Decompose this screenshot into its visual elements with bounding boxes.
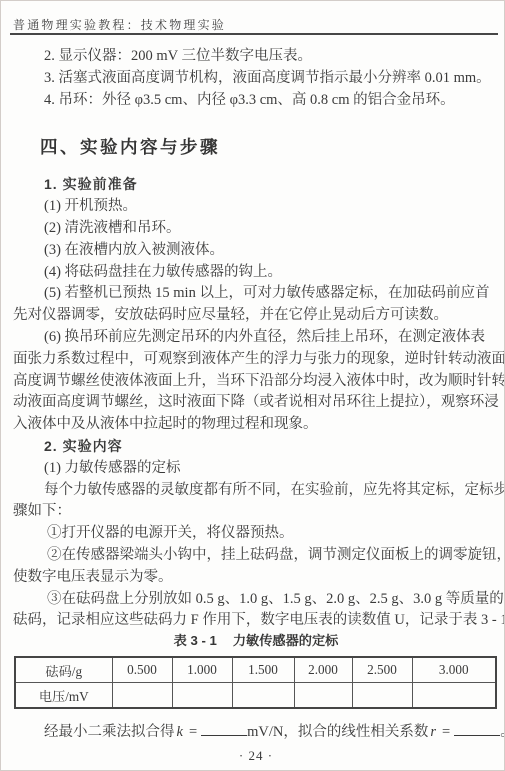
fit-text-end: 。 — [500, 724, 505, 740]
book-page: 普通物理实验教程：技术物理实验 2. 显示仪器：200 mV 三位半数字电压表。… — [0, 0, 505, 771]
section-heading: 四、实验内容与步骤 — [13, 135, 499, 160]
voltage-empty-cell — [112, 683, 172, 709]
subsection-heading-content: 2. 实验内容 — [13, 436, 499, 458]
calibration-intro-line-1: 每个力敏传感器的灵敏度都有所不同，在实验前，应先将其定标，定标步 — [13, 480, 499, 502]
table-caption-text: 力敏传感器的定标 — [233, 633, 339, 648]
fit-result-line: 经最小二乘法拟合得k=mV/N，拟合的线性相关系数r=。 — [13, 721, 499, 743]
calibration-step-2-line-1: ②在传感器梁端头小钩中，挂上砝码盘，调节测定仪面板上的调零旋钮， — [13, 545, 499, 567]
mass-value-cell: 0.500 — [112, 657, 172, 683]
prep-step-2: (2) 清洗液槽和吊环。 — [13, 218, 499, 240]
prep-step-4: (4) 将砝码盘挂在力敏传感器的钩上。 — [13, 262, 499, 284]
prep-step-6-line-5: 入液体中及从液体中拉起时的物理过程和现象。 — [13, 414, 499, 436]
prep-step-6-line-1: (6) 换吊环前应先测定吊环的内外直径，然后挂上吊环，在测定液体表 — [13, 327, 499, 349]
body-column: 2. 显示仪器：200 mV 三位半数字电压表。 3. 活塞式液面高度调节机构，… — [13, 46, 499, 764]
row-header-voltage: 电压/mV — [15, 683, 112, 709]
variable-k: k — [175, 724, 185, 740]
fill-in-blank-k — [201, 722, 247, 736]
fill-in-blank-r — [454, 722, 500, 736]
table-caption: 表 3 - 1力敏传感器的定标 — [13, 632, 499, 650]
table-row-voltage: 电压/mV — [15, 683, 496, 709]
prep-step-5-line-2: 先对仪器调零，安放砝码时应尽量轻，并在它停止晃动后方可读数。 — [13, 305, 499, 327]
voltage-empty-cell — [294, 683, 352, 709]
equals-sign: = — [438, 724, 454, 740]
prep-step-1: (1) 开机预热。 — [13, 196, 499, 218]
voltage-empty-cell — [172, 683, 232, 709]
mass-value-cell: 2.500 — [352, 657, 412, 683]
table-number: 表 3 - 1 — [174, 633, 217, 648]
voltage-empty-cell — [232, 683, 294, 709]
mass-value-cell: 1.500 — [232, 657, 294, 683]
voltage-empty-cell — [412, 683, 496, 709]
prep-step-6-line-4: 动液面高度调节螺丝，这时液面下降（或者说相对吊环往上提拉），观察环浸 — [13, 392, 499, 414]
calibration-step-3-line-2: 砝码，记录相应这些砝码力 F 作用下，数字电压表的读数值 U，记录于表 3 - … — [13, 610, 499, 632]
mass-value-cell: 2.000 — [294, 657, 352, 683]
calibration-intro-line-2: 骤如下： — [13, 501, 499, 523]
calibration-step-1: ①打开仪器的电源开关，将仪器预热。 — [13, 523, 499, 545]
prep-step-6-line-2: 面张力系数过程中，可观察到液体产生的浮力与张力的现象，逆时针转动液面 — [13, 349, 499, 371]
variable-r: r — [428, 724, 438, 740]
prep-step-5-line-1: (5) 若整机已预热 15 min 以上，可对力敏传感器定标，在加砝码前应首 — [13, 283, 499, 305]
prep-step-3: (3) 在液槽内放入被测液体。 — [13, 240, 499, 262]
running-header: 普通物理实验教程：技术物理实验 — [13, 16, 226, 33]
equals-sign: = — [185, 724, 201, 740]
apparatus-item-3: 3. 活塞式液面高度调节机构，液面高度调节指示最小分辨率 0.01 mm。 — [13, 68, 499, 90]
calibration-step-2-line-2: 使数字电压表显示为零。 — [13, 567, 499, 589]
mass-value-cell: 1.000 — [172, 657, 232, 683]
subsection-heading-prep: 1. 实验前准备 — [13, 174, 499, 196]
apparatus-item-2: 2. 显示仪器：200 mV 三位半数字电压表。 — [13, 46, 499, 68]
fit-text-mid: mV/N，拟合的线性相关系数 — [247, 724, 428, 740]
calibration-table: 砝码/g 0.500 1.000 1.500 2.000 2.500 3.000… — [14, 656, 497, 709]
voltage-empty-cell — [352, 683, 412, 709]
header-rule — [10, 33, 498, 35]
page-number: · 24 · — [13, 748, 499, 764]
prep-step-6-line-3: 高度调节螺丝使液体液面上升，当环下沿部分均浸入液体中时，改为顺时针转 — [13, 371, 499, 393]
apparatus-item-4: 4. 吊环：外径 φ3.5 cm、内径 φ3.3 cm、高 0.8 cm 的铝合… — [13, 90, 499, 112]
calibration-step-3-line-1: ③在砝码盘上分别放如 0.5 g、1.0 g、1.5 g、2.0 g、2.5 g… — [13, 589, 499, 611]
row-header-mass: 砝码/g — [15, 657, 112, 683]
table-row-mass: 砝码/g 0.500 1.000 1.500 2.000 2.500 3.000 — [15, 657, 496, 683]
fit-text-lead: 经最小二乘法拟合得 — [44, 724, 175, 740]
mass-value-cell: 3.000 — [412, 657, 496, 683]
content-item-1-title: (1) 力敏传感器的定标 — [13, 458, 499, 480]
